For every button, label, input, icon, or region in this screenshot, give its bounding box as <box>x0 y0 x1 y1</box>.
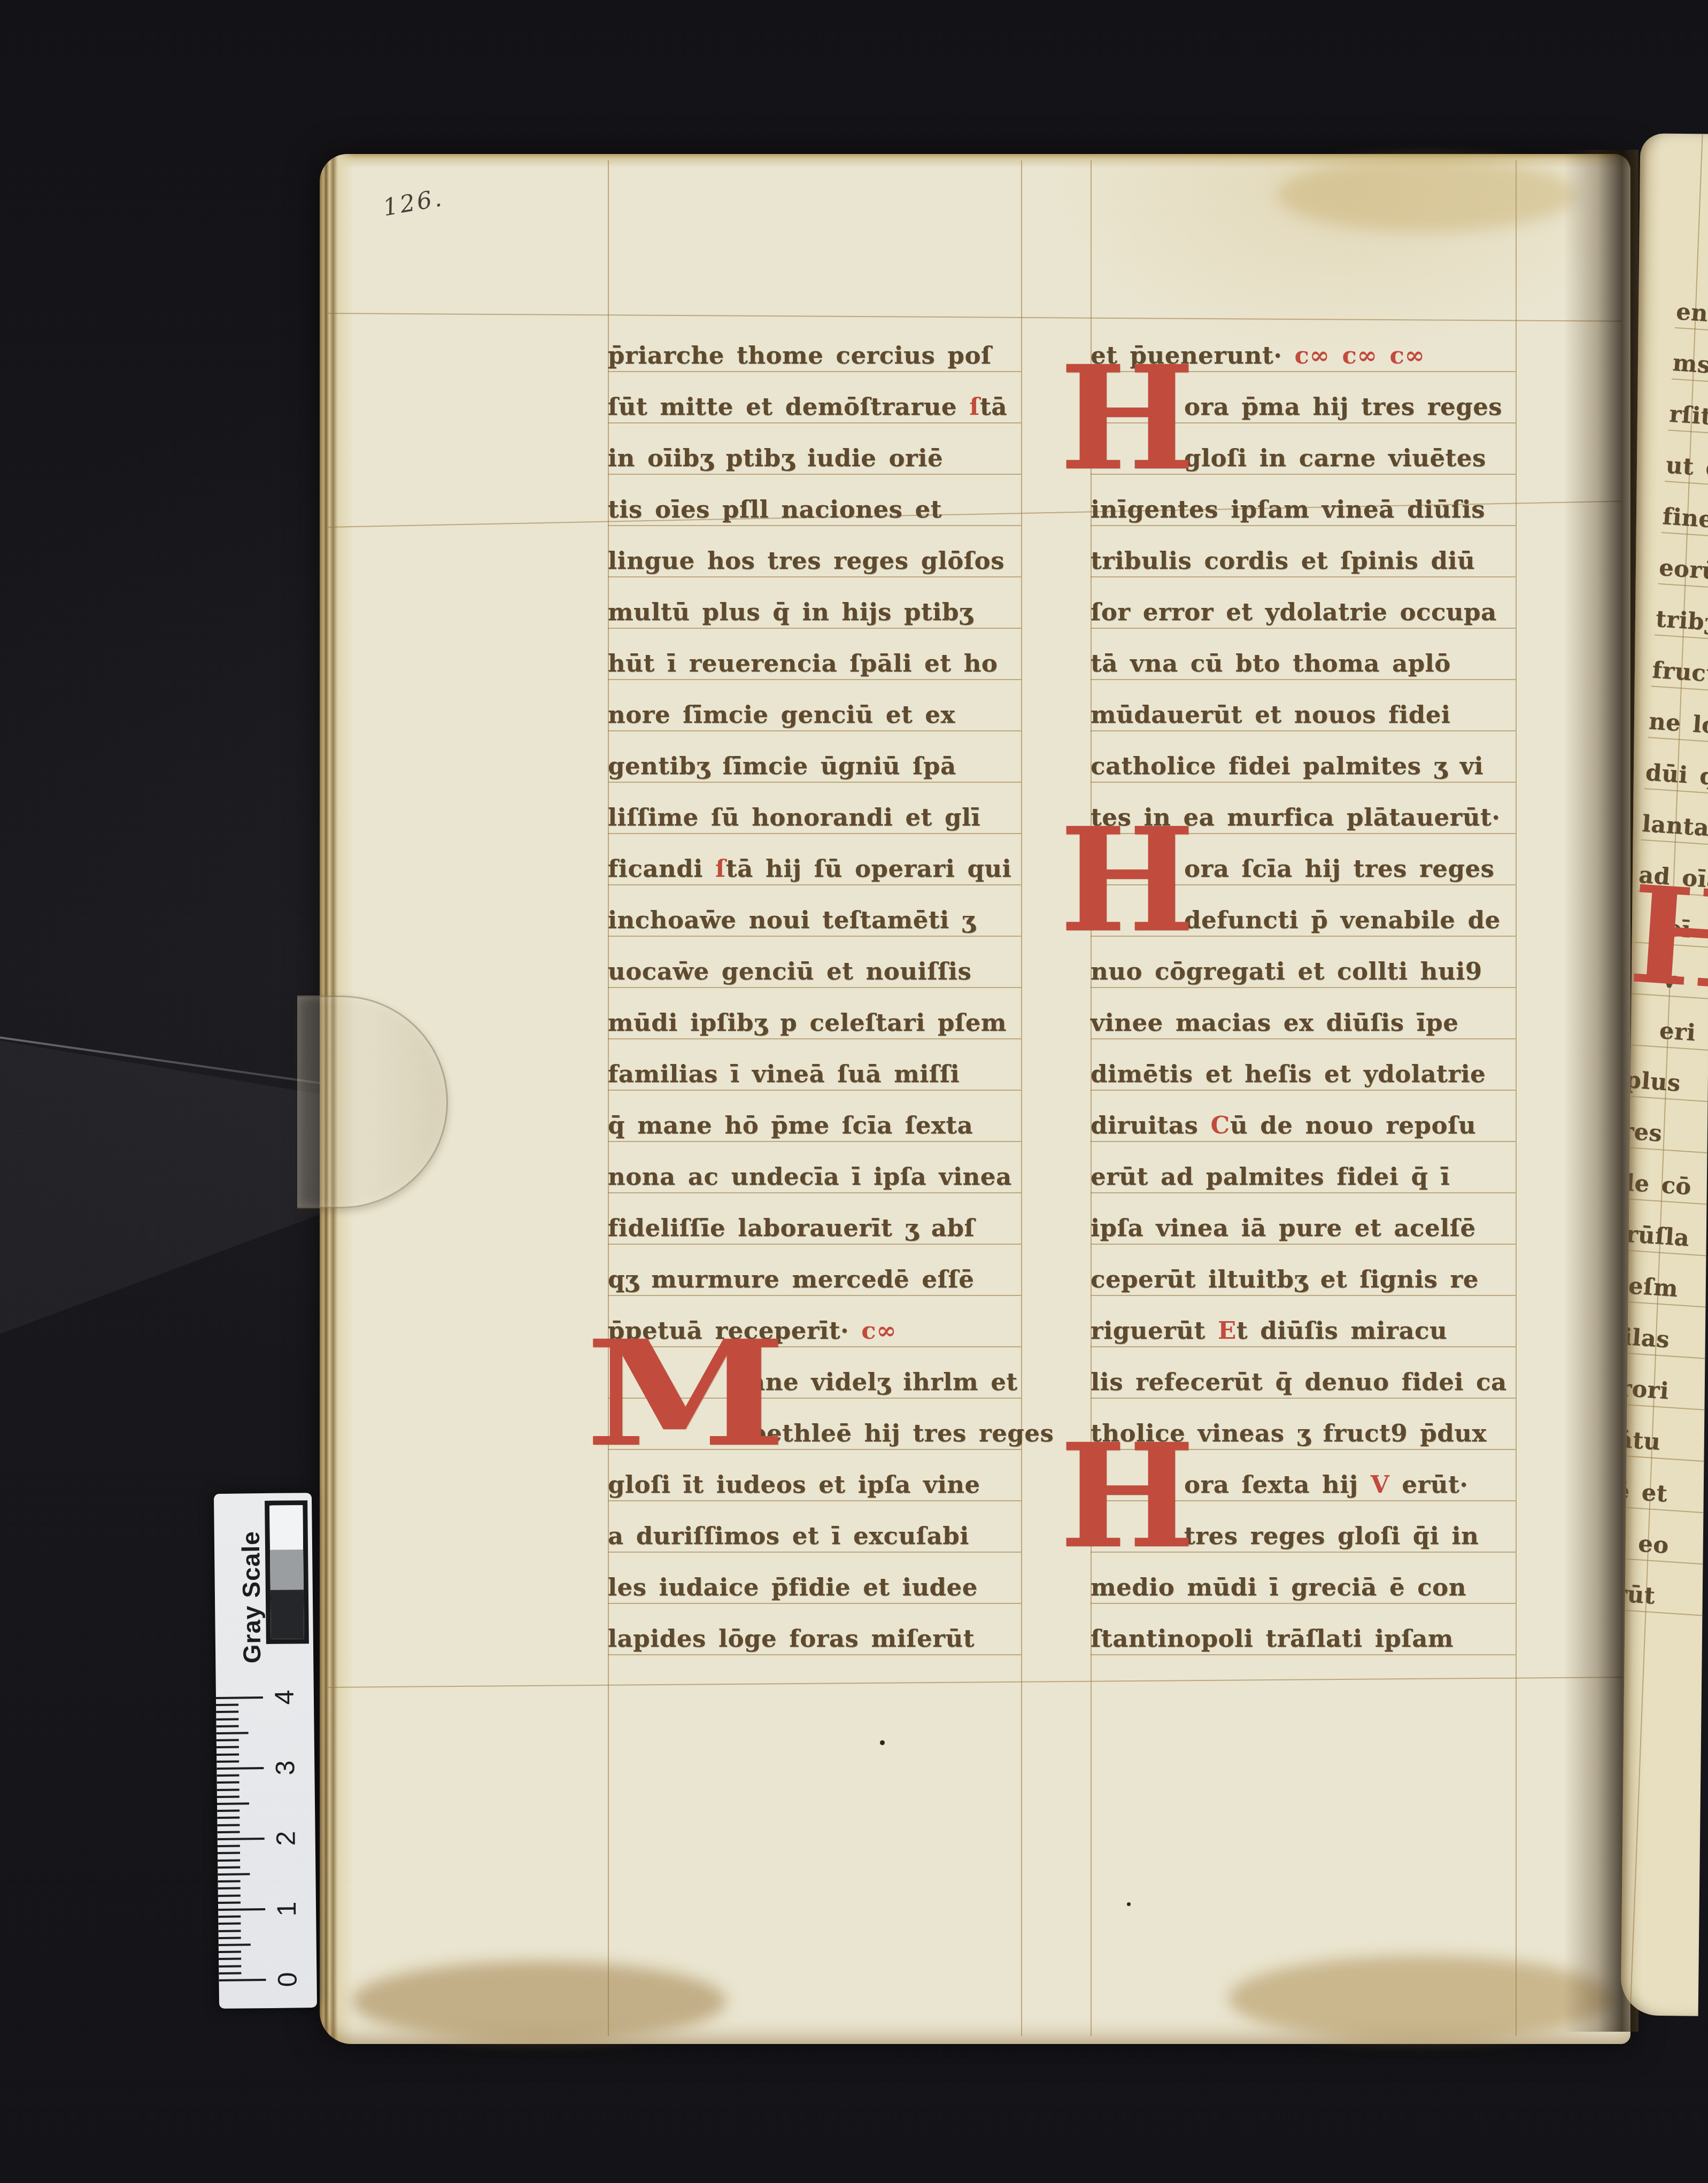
ruler-major-tick <box>218 1908 265 1911</box>
ruler-number: 2 <box>271 1823 301 1854</box>
ruling-vertical <box>1021 160 1022 2036</box>
text-line-content: defuncti p̄ venabile de <box>1184 908 1501 936</box>
text-line-content: ne lo <box>1648 710 1708 741</box>
text-line-content: ora ſexta hij V erūt· <box>1184 1472 1468 1500</box>
ruler-minor-tick <box>216 1725 238 1727</box>
ruler-minor-tick <box>217 1760 239 1762</box>
text-line: nona ac undecīa ī ipſa vinea <box>608 1142 1021 1193</box>
parchment-stain <box>1228 1956 1613 2041</box>
ruler-minor-tick <box>217 1802 249 1805</box>
ruler-minor-tick <box>218 1873 250 1876</box>
text-line-content: tā vna cū bto thoma aplō <box>1091 651 1451 679</box>
text-line-content: multū plus q̄ in hijs ptibʒ <box>608 600 973 628</box>
text-line-content: gloſi in carne viuētes <box>1184 446 1486 474</box>
text-line: in oīibʒ ptibʒ iudie oriē <box>608 423 1021 475</box>
text-line-content: mūdauerūt et nouos fidei <box>1091 703 1450 730</box>
text-line: lis refecerūt q̄ denuo fidei ca <box>1091 1347 1516 1399</box>
rubric-mark: ſ <box>715 854 726 883</box>
text-column-right: et p̄uenerunt· c∞ c∞ c∞ora p̄ma hij tres… <box>1091 321 1516 1655</box>
text-line-content: ſūt mitte et demōſtrarue ſtā <box>608 395 1007 422</box>
text-line: heſm <box>1621 1250 1708 1310</box>
text-line: les iudaice p̄fidie et iudee <box>608 1553 1021 1604</box>
text-line-content: lingue hos tres reges glōſos <box>608 549 1004 576</box>
ruler-minor-tick <box>219 1958 241 1960</box>
ruler-minor-tick <box>217 1824 239 1826</box>
text-line: lingue hos tres reges glōſos <box>608 526 1021 577</box>
text-line-content: tribulis cordis et ſpinis diū <box>1091 549 1475 576</box>
ruler-minor-tick <box>218 1845 240 1847</box>
folio-number: 126. <box>381 184 445 221</box>
rubric-mark: c∞ <box>861 1316 896 1345</box>
text-line: ſtantinopoli trāſlati ipſam <box>1091 1604 1516 1655</box>
ruler-minor-tick <box>218 1852 240 1854</box>
text-line: lerūt <box>1621 1557 1708 1618</box>
ruler-number: 1 <box>272 1894 302 1924</box>
text-line: gentibʒ ſīmcie ūgniū ſpā <box>608 731 1021 783</box>
text-line-content: enā vi <box>1675 300 1708 333</box>
text-line: ſor error et ydolatrie occupa <box>1091 577 1516 629</box>
ruler-minor-tick <box>217 1781 239 1784</box>
text-line-content: ceperūt iltuitbʒ et ſignis re <box>1091 1267 1479 1295</box>
ruler-number: 4 <box>269 1682 300 1713</box>
text-line: diruitas Cū de nouo repoſu <box>1091 1091 1516 1142</box>
text-line-content: erori <box>1621 1376 1670 1407</box>
text-line: tribulis cordis et ſpinis diū <box>1091 526 1516 577</box>
ruler-minor-tick <box>217 1788 239 1791</box>
text-line-content: fines <box>1661 505 1708 536</box>
text-line-content: de cō <box>1621 1171 1692 1202</box>
text-line-content: diruitas Cū de nouo repoſu <box>1091 1113 1476 1141</box>
text-line: nē eo <box>1621 1506 1708 1567</box>
gray-scale-ruler: 43210 <box>214 1493 317 2009</box>
ruler-minor-tick <box>218 1831 240 1833</box>
gray-scale-card: Gray Scale 43210 <box>214 1493 317 2009</box>
ruler-minor-tick <box>216 1711 238 1713</box>
text-line: fideliſſīe laborauerīt ʒ abſ <box>608 1193 1021 1245</box>
text-line-content: ane videlʒ ihrlm et <box>749 1370 1018 1398</box>
text-line-content: riguerūt Et diūſis miracu <box>1091 1318 1447 1346</box>
text-line: tā vna cū bto thoma aplō <box>1091 629 1516 680</box>
ruler-minor-tick <box>217 1775 239 1777</box>
text-line: mūdi ipſibʒ p celeſtari pſem <box>608 988 1021 1039</box>
ink-speck <box>1127 1902 1131 1906</box>
text-line-content: lantab <box>1641 813 1708 845</box>
manuscript-page: 126. p̄riarche thome cercius poſſūt mitt… <box>320 154 1630 2044</box>
text-line-content: ora ſcīa hij tres reges <box>1184 857 1494 884</box>
text-line-content: ficandi ſtā hij ſū operari qui <box>608 857 1011 884</box>
text-line-content: ora p̄ma hij tres reges <box>1184 395 1502 422</box>
text-line-content: nore ſīmcie genciū et ex <box>608 703 955 730</box>
text-line-content: ſtantinopoli trāſlati ipſam <box>1091 1626 1454 1654</box>
drop-cap-initial: H <box>1060 824 1195 936</box>
text-line-content: mūdi ipſibʒ p celeſtari pſem <box>608 1010 1007 1038</box>
text-line-content: ms pu <box>1672 352 1708 384</box>
text-line-content: lapides lōge foras miſerūt <box>608 1626 975 1654</box>
ruler-minor-tick <box>218 1894 241 1896</box>
text-line: ceperūt iltuitbʒ et ſignis re <box>1091 1245 1516 1296</box>
text-line-content: catholice fidei palmites ʒ vi <box>1091 754 1483 782</box>
text-line-content: bethleē hij tres reges <box>749 1421 1054 1449</box>
text-line: ipſa vinea iā pure et acelſē <box>1091 1193 1516 1245</box>
text-line-content: eri glō <box>1658 1020 1708 1052</box>
text-line: liſſime ſū honorandi et glī <box>608 783 1021 834</box>
text-line-content: p̄riarche thome cercius poſ <box>608 343 992 371</box>
text-line: catholice fidei palmites ʒ vi <box>1091 731 1516 783</box>
text-line-content: nē eo <box>1621 1530 1670 1561</box>
drop-cap-initial: M <box>585 1338 786 1451</box>
ruler-minor-tick <box>218 1923 241 1925</box>
plastic-strip-shadow <box>0 1035 321 1334</box>
ruler-minor-tick <box>219 1972 241 1974</box>
text-line: de cō <box>1621 1148 1708 1208</box>
text-line-content: heſm <box>1621 1274 1679 1305</box>
ruler-major-tick <box>216 1696 263 1699</box>
text-line: bātu <box>1621 1403 1708 1464</box>
ruling-horizontal-bottom <box>328 1677 1622 1688</box>
text-line-content: lerūt <box>1621 1581 1656 1612</box>
ruler-minor-tick <box>217 1810 239 1812</box>
text-line-content: ſor error et ydolatrie occupa <box>1091 600 1497 628</box>
text-line: a duriſſimos et ī excuſabi <box>608 1501 1021 1553</box>
text-line: multū plus q̄ in hijs ptibʒ <box>608 577 1021 629</box>
text-line: ficandi ſtā hij ſū operari qui <box>608 834 1021 885</box>
parchment-stain <box>1277 157 1576 232</box>
ruler-minor-tick <box>219 1937 241 1939</box>
text-line-content: erūt ad palmites fidei q̄ ī <box>1091 1164 1450 1192</box>
rubric-mark: V <box>1371 1470 1389 1499</box>
photo-scene: 126. p̄riarche thome cercius poſſūt mitt… <box>0 0 1708 2183</box>
text-line: dimētis et heſis et ydolatrie <box>1091 1039 1516 1091</box>
text-line: res <box>1621 1097 1708 1157</box>
text-line-content: ipſa vinea iā pure et acelſē <box>1091 1216 1476 1244</box>
text-line-content: ailas <box>1621 1325 1671 1356</box>
ruler-minor-tick <box>219 1965 241 1967</box>
text-line: inchoaw̄e noui teſtamēti ʒ <box>608 885 1021 937</box>
text-line: qʒ murmure mercedē eſſē <box>608 1245 1021 1296</box>
text-line: vinee macias ex diūſis īpe <box>1091 988 1516 1039</box>
text-line-content: a duriſſimos et ī excuſabi <box>608 1524 969 1552</box>
text-line-content: nona ac undecīa ī ipſa vinea <box>608 1164 1012 1192</box>
text-line-content: dūi q <box>1644 761 1708 793</box>
text-line-content: familias ī vineā ſuā miſſi <box>608 1062 960 1090</box>
text-line-content: fideliſſīe laborauerīt ʒ abſ <box>608 1216 975 1244</box>
text-line-content: nē et <box>1621 1478 1668 1510</box>
text-line-content: lis refecerūt q̄ denuo fidei ca <box>1091 1370 1507 1398</box>
text-line-content: dimētis et heſis et ydolatrie <box>1091 1062 1486 1090</box>
text-line: trūſla <box>1621 1199 1708 1259</box>
text-line-content: bātu <box>1621 1427 1661 1457</box>
text-line-content: vinee macias ex diūſis īpe <box>1091 1010 1458 1038</box>
text-line: erūt ad palmites fidei q̄ ī <box>1091 1142 1516 1193</box>
text-line-content: gentibʒ ſīmcie ūgniū ſpā <box>608 754 956 782</box>
text-line-content: liſſime ſū honorandi et glī <box>608 805 980 833</box>
ruling-vertical <box>1516 160 1517 2036</box>
text-line-content: inchoaw̄e noui teſtamēti ʒ <box>608 908 976 936</box>
ruler-minor-tick <box>216 1718 238 1720</box>
text-line: familias ī vineā ſuā miſſi <box>608 1039 1021 1091</box>
text-line: nē et <box>1621 1455 1708 1515</box>
ruler-minor-tick <box>218 1859 240 1861</box>
text-line: tis oīes pſll naciones et <box>608 475 1021 526</box>
text-line: lapides lōge foras miſerūt <box>608 1604 1021 1655</box>
ruler-minor-tick <box>217 1746 239 1748</box>
ink-speck <box>880 1740 885 1745</box>
ruler-minor-tick <box>217 1732 249 1734</box>
text-line-content: les iudaice p̄fidie et iudee <box>608 1575 978 1603</box>
text-line: nore ſīmcie genciū et ex <box>608 680 1021 731</box>
text-line-content: tres reges gloſi q̄i in <box>1184 1524 1479 1552</box>
ruler-major-tick <box>218 1838 265 1840</box>
ruler-major-tick <box>219 1979 266 1981</box>
parchment-stain <box>352 1961 726 2041</box>
ruler-minor-tick <box>219 1951 241 1953</box>
text-line-content: uocaw̄e genciū et nouiſſis <box>608 959 971 987</box>
text-line: q̄ mane hō p̄me ſcīa ſexta <box>608 1091 1021 1142</box>
text-line: mūdauerūt et nouos fidei <box>1091 680 1516 731</box>
text-line: plus <box>1624 1045 1708 1106</box>
text-line: p̄riarche thome cercius poſ <box>608 321 1021 372</box>
ruler-number: 3 <box>270 1753 300 1783</box>
text-column-left: p̄riarche thome cercius poſſūt mitte et … <box>608 321 1021 1655</box>
text-line: uocaw̄e genciū et nouiſſis <box>608 937 1021 988</box>
text-line: hūt ī reuerencia ſpāli et ho <box>608 629 1021 680</box>
rubric-mark: C <box>1211 1111 1230 1139</box>
text-line-content: in oīibʒ ptibʒ iudie oriē <box>608 446 943 474</box>
ruler-minor-tick <box>219 1930 241 1932</box>
text-line-content: hūt ī reuerencia ſpāli et ho <box>608 651 998 679</box>
text-line-content: qʒ murmure mercedē eſſē <box>608 1267 974 1295</box>
ruler-minor-tick <box>217 1739 239 1741</box>
ruler-minor-tick <box>216 1704 238 1706</box>
text-line-content: rſit ue <box>1668 403 1708 436</box>
ruler-minor-tick <box>218 1880 241 1883</box>
ruler-minor-tick <box>218 1901 241 1903</box>
rubric-mark: c∞ c∞ c∞ <box>1295 341 1425 369</box>
text-line: ailas <box>1621 1301 1708 1362</box>
drop-cap-initial: H <box>1060 1440 1195 1552</box>
ruler-minor-tick <box>217 1753 239 1755</box>
text-line: ſūt mitte et demōſtrarue ſtā <box>608 372 1021 423</box>
text-line-content: trūſla <box>1621 1222 1690 1254</box>
text-line-content: tis oīes pſll naciones et <box>608 497 942 525</box>
ruler-minor-tick <box>218 1887 241 1889</box>
ruler-minor-tick <box>217 1817 239 1819</box>
ruler-minor-tick <box>218 1916 241 1918</box>
ruler-major-tick <box>217 1767 264 1770</box>
rubric-mark: E <box>1218 1316 1236 1345</box>
ruler-number: 0 <box>272 1964 303 1995</box>
text-line: erori <box>1621 1353 1708 1413</box>
text-line-content: ut eu <box>1665 454 1708 485</box>
drop-cap-initial: H <box>1060 362 1195 474</box>
text-line-content: tribʒ <box>1655 608 1708 639</box>
ruler-minor-tick <box>218 1866 240 1868</box>
ruler-minor-tick <box>217 1795 239 1798</box>
text-line-content: fruct <box>1651 659 1708 690</box>
text-line-content: q̄ mane hō p̄me ſcīa ſexta <box>608 1113 973 1141</box>
drop-cap-initial: H <box>1627 881 1708 996</box>
rubric-mark: ſ <box>969 392 980 421</box>
ruler-minor-tick <box>219 1943 251 1946</box>
text-line: riguerūt Et diūſis miracu <box>1091 1296 1516 1347</box>
text-line-content: plus <box>1624 1069 1681 1099</box>
